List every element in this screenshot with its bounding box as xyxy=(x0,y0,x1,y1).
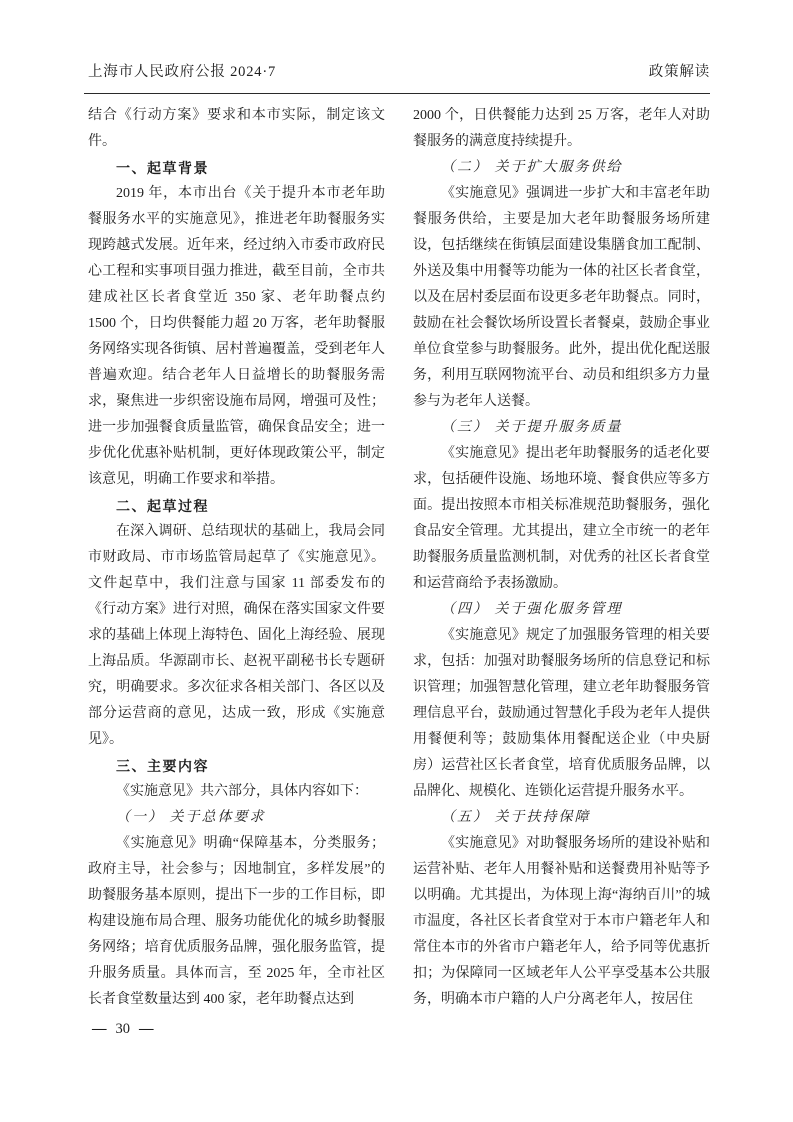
paragraph: 《实施意见》提出老年助餐服务的适老化要求，包括硬件设施、场地环境、餐食供应等多方… xyxy=(413,441,710,597)
continuation-paragraph: 结合《行动方案》要求和本市实际，制定该文件。 xyxy=(88,103,385,155)
gazette-page: 上海市人民政府公报 2024·7 政策解读 结合《行动方案》要求和本市实际，制定… xyxy=(0,0,793,1122)
subsection-heading: （一） 关于总体要求 xyxy=(88,805,385,831)
paragraph: 2019 年，本市出台《关于提升本市老年助餐服务水平的实施意见》，推进老年助餐服… xyxy=(88,181,385,493)
paragraph: 《实施意见》对助餐服务场所的建设补贴和运营补贴、老年人用餐补贴和送餐费用补贴等予… xyxy=(413,831,710,1013)
header-divider xyxy=(84,93,710,94)
section-heading: 三、主要内容 xyxy=(88,753,385,779)
subsection-heading: （五） 关于扶持保障 xyxy=(413,805,710,831)
running-head: 上海市人民政府公报 2024·7 政策解读 xyxy=(88,60,710,81)
subsection-heading: （四） 关于强化服务管理 xyxy=(413,597,710,623)
paragraph: 《实施意见》强调进一步扩大和丰富老年助餐服务供给，主要是加大老年助餐服务场所建设… xyxy=(413,181,710,415)
page-footer: — 30 — xyxy=(92,1021,154,1038)
right-column: 2000 个，日供餐能力达到 25 万客，老年人对助餐服务的满意度持续提升。 （… xyxy=(413,103,710,1013)
section-heading: 一、起草背景 xyxy=(88,155,385,181)
footer-dash-left: — xyxy=(92,1021,107,1038)
footer-dash-right: — xyxy=(139,1021,154,1038)
journal-title: 上海市人民政府公报 2024·7 xyxy=(88,60,276,81)
subsection-heading: （三） 关于提升服务质量 xyxy=(413,415,710,441)
paragraph: 《实施意见》明确“保障基本，分类服务；政府主导，社会参与；因地制宜，多样发展”的… xyxy=(88,831,385,1013)
paragraph: 在深入调研、总结现状的基础上，我局会同市财政局、市市场监管局起草了《实施意见》。… xyxy=(88,519,385,753)
continuation-paragraph: 2000 个，日供餐能力达到 25 万客，老年人对助餐服务的满意度持续提升。 xyxy=(413,103,710,155)
left-column: 结合《行动方案》要求和本市实际，制定该文件。 一、起草背景 2019 年，本市出… xyxy=(88,103,385,1013)
section-heading: 二、起草过程 xyxy=(88,493,385,519)
paragraph: 《实施意见》规定了加强服务管理的相关要求，包括：加强对助餐服务场所的信息登记和标… xyxy=(413,623,710,805)
section-label: 政策解读 xyxy=(649,60,710,81)
page-body: 结合《行动方案》要求和本市实际，制定该文件。 一、起草背景 2019 年，本市出… xyxy=(88,103,710,1013)
paragraph: 《实施意见》共六部分，具体内容如下： xyxy=(88,779,385,805)
subsection-heading: （二） 关于扩大服务供给 xyxy=(413,155,710,181)
page-number: 30 xyxy=(116,1021,131,1038)
